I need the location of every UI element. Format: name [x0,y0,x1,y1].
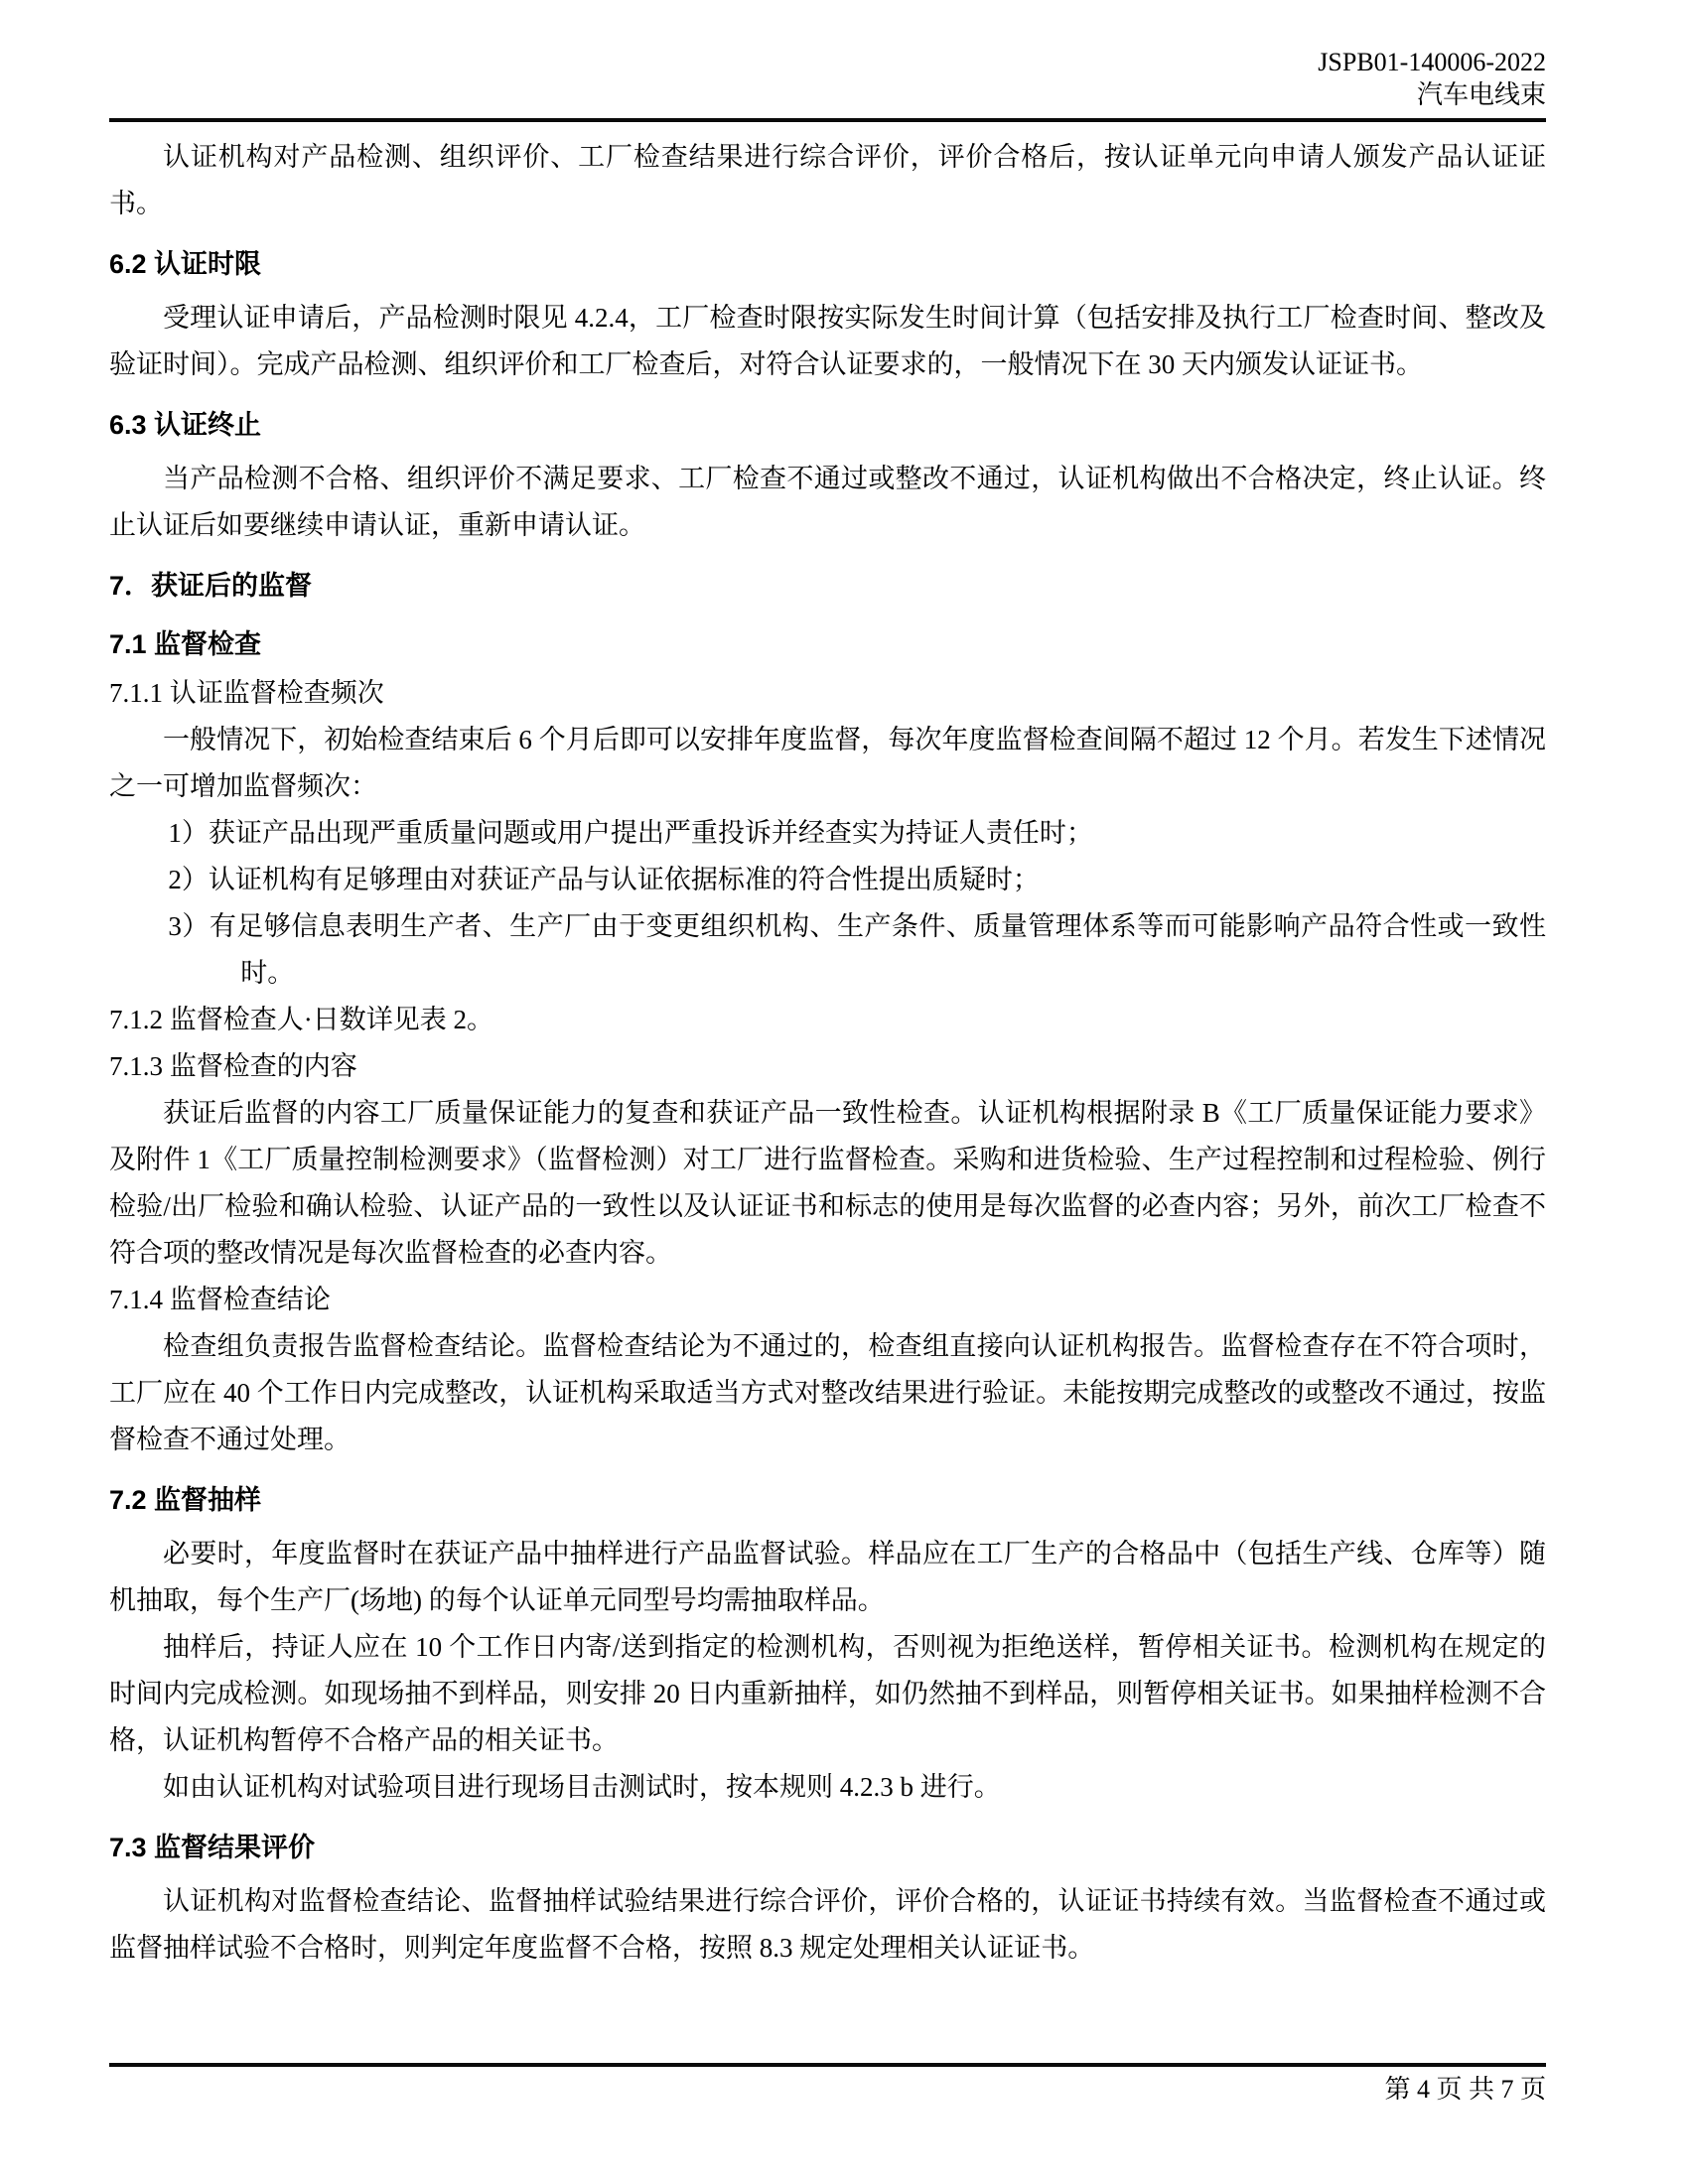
paragraph-7-3-body: 认证机构对监督检查结论、监督抽样试验结果进行综合评价，评价合格的，认证证书持续有… [109,1878,1546,1972]
paragraph-7-2-body-2: 抽样后，持证人应在 10 个工作日内寄/送到指定的检测机构，否则视为拒绝送样，暂… [109,1624,1546,1764]
list-item-2: 2）认证机构有足够理由对获证产品与认证依据标准的符合性提出质疑时； [109,857,1546,903]
subheading-7-1-4-inspection-conclusion: 7.1.4 监督检查结论 [109,1277,1546,1323]
page-content: JSPB01-140006-2022 汽车电线束 认证机构对产品检测、组织评价、… [109,46,1546,1972]
document-footer: 第 4 页 共 7 页 [109,2063,1546,2107]
header-rule [109,118,1546,122]
page-number: 第 4 页 共 7 页 [109,2073,1546,2107]
document-page: JSPB01-140006-2022 汽车电线束 认证机构对产品检测、组织评价、… [0,0,1688,2184]
subheading-7-1-2-person-days: 7.1.2 监督检查人·日数详见表 2。 [109,997,1546,1043]
heading-6-3-certification-termination: 6.3 认证终止 [109,403,1546,447]
paragraph-7-1-4-body: 检查组负责报告监督检查结论。监督检查结论为不通过的，检查组直接向认证机构报告。监… [109,1323,1546,1463]
document-body: 认证机构对产品检测、组织评价、工厂检查结果进行综合评价，评价合格后，按认证单元向… [109,134,1546,1972]
paragraph-6-2-body: 受理认证申请后，产品检测时限见 4.2.4，工厂检查时限按实际发生时间计算（包括… [109,295,1546,388]
heading-7-post-certification-supervision: 7．获证后的监督 [109,564,1546,608]
heading-6-2-certification-time-limit: 6.2 认证时限 [109,242,1546,286]
list-item-3: 3）有足够信息表明生产者、生产厂由于变更组织机构、生产条件、质量管理体系等而可能… [109,903,1546,997]
paragraph-7-2-body-3: 如由认证机构对试验项目进行现场目击测试时，按本规则 4.2.3 b 进行。 [109,1764,1546,1811]
subheading-7-1-3-inspection-content: 7.1.3 监督检查的内容 [109,1043,1546,1090]
heading-7-3-supervision-result-evaluation: 7.3 监督结果评价 [109,1826,1546,1869]
list-item-1: 1）获证产品出现严重质量问题或用户提出严重投诉并经查实为持证人责任时； [109,810,1546,857]
paragraph-comprehensive-evaluation: 认证机构对产品检测、组织评价、工厂检查结果进行综合评价，评价合格后，按认证单元向… [109,134,1546,227]
paragraph-6-3-body: 当产品检测不合格、组织评价不满足要求、工厂检查不通过或整改不通过，认证机构做出不… [109,456,1546,549]
document-header: JSPB01-140006-2022 汽车电线束 [109,46,1546,111]
heading-7-1-supervision-inspection: 7.1 监督检查 [109,622,1546,666]
paragraph-7-1-3-body: 获证后监督的内容工厂质量保证能力的复查和获证产品一致性检查。认证机构根据附录 B… [109,1090,1546,1277]
heading-7-2-supervision-sampling: 7.2 监督抽样 [109,1478,1546,1522]
paragraph-7-1-1-body: 一般情况下，初始检查结束后 6 个月后即可以安排年度监督，每次年度监督检查间隔不… [109,717,1546,810]
doc-number: JSPB01-140006-2022 [109,46,1546,78]
subheading-7-1-1-inspection-frequency: 7.1.1 认证监督检查频次 [109,670,1546,717]
doc-title: 汽车电线束 [109,78,1546,111]
paragraph-7-2-body-1: 必要时，年度监督时在获证产品中抽样进行产品监督试验。样品应在工厂生产的合格品中（… [109,1531,1546,1624]
footer-rule [109,2063,1546,2067]
